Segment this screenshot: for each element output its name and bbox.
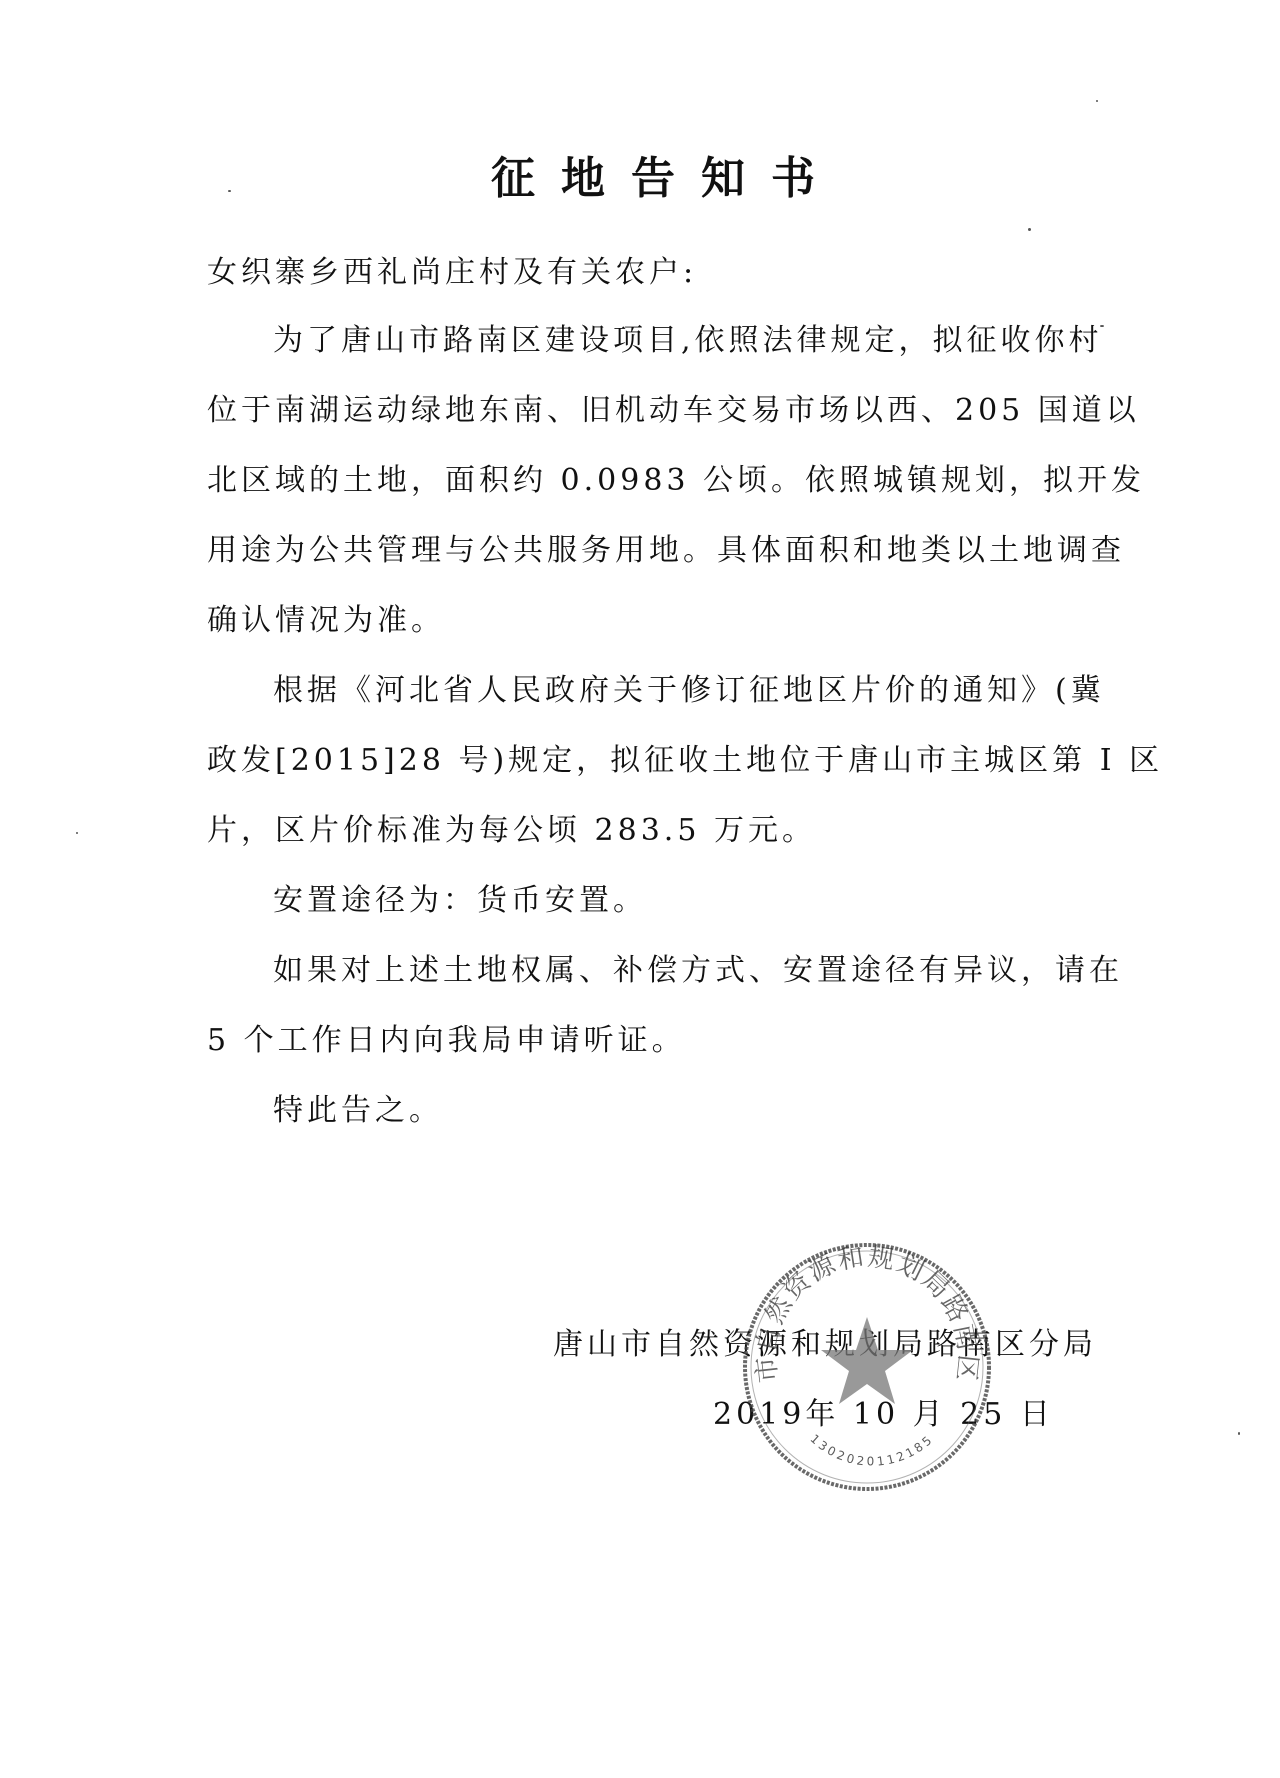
official-seal-icon: 唐山市自然资源和规划局路南区分局 1302020112185 [737, 1237, 997, 1497]
scan-speck [76, 832, 78, 834]
scan-speck [228, 190, 231, 192]
salutation: 女织寨乡西礼尚庄村及有关农户: [207, 258, 697, 288]
paragraph-line: 位于南湖运动绿地东南、旧机动车交易市场以西、205 国道以 [207, 396, 1140, 426]
document-page: 征地告知书 女织寨乡西礼尚庄村及有关农户: 为了唐山市路南区建设项目,依照法律规… [0, 0, 1280, 1778]
svg-text:1302020112185: 1302020112185 [807, 1432, 936, 1469]
document-title: 征地告知书 [0, 142, 1280, 206]
paragraph-line: 北区域的土地，面积约 0.0983 公顷。依照城镇规划，拟开发 [207, 466, 1145, 496]
paragraph-line: 如果对上述土地权属、补偿方式、安置途径有异议，请在 [273, 956, 1123, 986]
paragraph-line: 特此告之。 [273, 1096, 443, 1126]
paragraph-line: 5 个工作日内向我局申请听证。 [207, 1026, 686, 1056]
scan-speck [1096, 100, 1098, 102]
paragraph-line: 片，区片价标准为每公顷 283.5 万元。 [207, 816, 816, 846]
paragraph-line: 根据《河北省人民政府关于修订征地区片价的通知》(冀 [273, 676, 1105, 706]
paragraph-line: 为了唐山市路南区建设项目,依照法律规定，拟征收你村 [273, 326, 1103, 356]
scan-speck [1238, 1432, 1240, 1435]
paragraph-line: 确认情况为准。 [207, 606, 445, 636]
paragraph-line: 安置途径为：货币安置。 [273, 886, 647, 916]
scan-speck [1028, 228, 1031, 231]
paragraph-line: 政发[2015]28 号)规定，拟征收土地位于唐山市主城区第 I 区 [207, 746, 1163, 776]
scan-speck [1100, 325, 1104, 327]
paragraph-line: 用途为公共管理与公共服务用地。具体面积和地类以土地调查 [207, 536, 1125, 566]
